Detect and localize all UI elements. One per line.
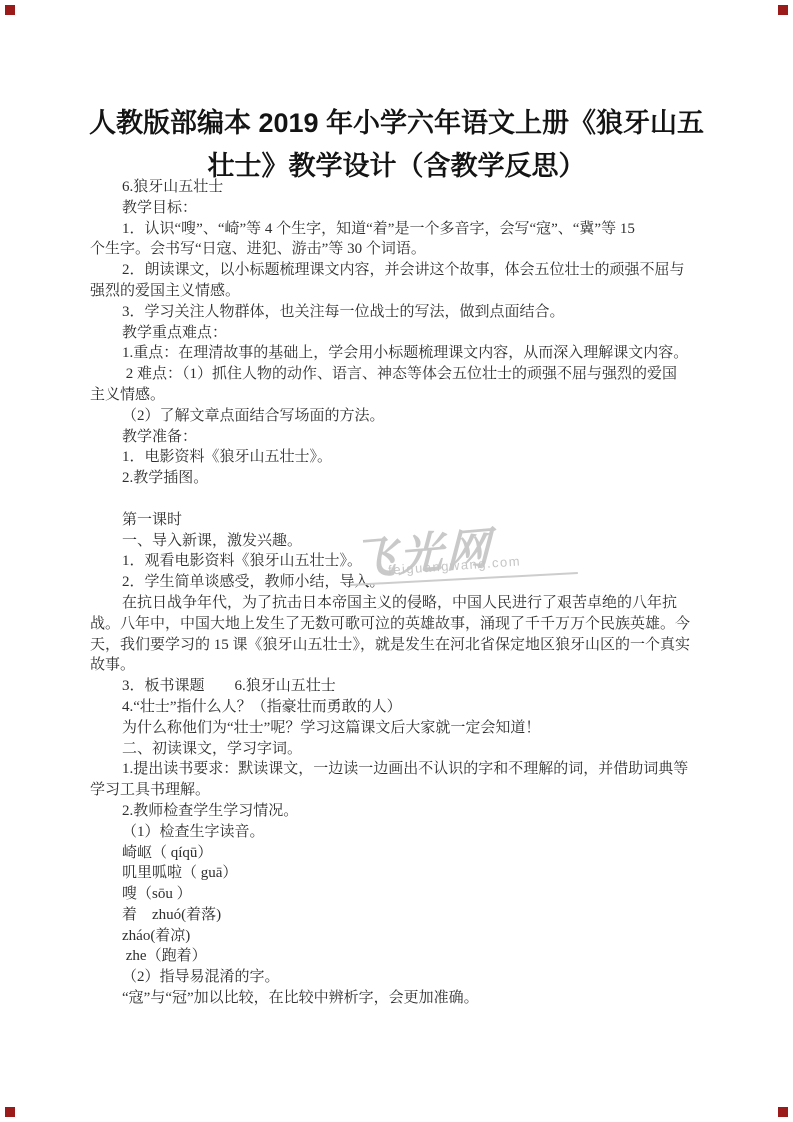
text-line: 4.“壮士”指什么人？（指豪壮而勇敢的人） <box>90 697 708 718</box>
text-line: 2．朗读课文，以小标题梳理课文内容，并会讲这个故事，体会五位壮士的顽强不屈与 <box>90 260 708 281</box>
text-line: 教学准备： <box>90 427 708 448</box>
text-line: 1．电影资料《狼牙山五壮士》。 <box>90 447 708 468</box>
text-line: 战。八年中，中国大地上发生了无数可歌可泣的英雄故事，涌现了千千万万个民族英雄。今 <box>90 614 708 635</box>
corner-mark-top-right <box>778 5 788 15</box>
text-line: 2．学生简单谈感受，教师小结，导入。 <box>90 572 708 593</box>
text-line: （1）检查生字读音。 <box>90 822 708 843</box>
text-line: “寇”与“冠”加以比较，在比较中辨析字，会更加准确。 <box>90 988 708 1009</box>
text-line: 天，我们要学习的 15 课《狼牙山五壮士》，就是发生在河北省保定地区狼牙山区的一… <box>90 635 708 656</box>
text-line: 个生字。会书写“日寇、进犯、游击”等 30 个词语。 <box>90 239 708 260</box>
text-line: 2.教师检查学生学习情况。 <box>90 801 708 822</box>
text-line: 学习工具书理解。 <box>90 780 708 801</box>
text-line: 嗖（sōu ） <box>90 884 708 905</box>
text-line: 为什么称他们为“壮士”呢？学习这篇课文后大家就一定会知道！ <box>90 718 708 739</box>
text-line: 教学重点难点： <box>90 323 708 344</box>
blank-line <box>90 489 708 510</box>
document-page: 人教版部编本 2019 年小学六年语文上册《狼牙山五 壮士》教学设计（含教学反思… <box>0 0 793 1122</box>
text-line: 二、初读课文，学习字词。 <box>90 739 708 760</box>
text-line: （2）指导易混淆的字。 <box>90 967 708 988</box>
corner-mark-bottom-right <box>778 1107 788 1117</box>
text-line: 一、导入新课，激发兴趣。 <box>90 531 708 552</box>
text-line: 崎岖（ qíqū） <box>90 843 708 864</box>
text-line: 1．认识“嗖”、“崎”等 4 个生字，知道“着”是一个多音字，会写“寇”、“冀”… <box>90 219 708 240</box>
text-line: 1.提出读书要求：默读课文，一边读一边画出不认识的字和不理解的词，并借助词典等 <box>90 759 708 780</box>
text-line: 6.狼牙山五壮士 <box>90 177 708 198</box>
text-line: 在抗日战争年代，为了抗击日本帝国主义的侵略，中国人民进行了艰苦卓绝的八年抗 <box>90 593 708 614</box>
text-line: （2）了解文章点面结合写场面的方法。 <box>90 406 708 427</box>
text-line: 故事。 <box>90 655 708 676</box>
text-line: 1．观看电影资料《狼牙山五壮士》。 <box>90 551 708 572</box>
text-line: 叽里呱啦（ guā） <box>90 863 708 884</box>
text-line: 第一课时 <box>90 510 708 531</box>
text-line: 3．板书课题 6.狼牙山五壮士 <box>90 676 708 697</box>
text-line: zháo(着凉) <box>90 926 708 947</box>
corner-mark-bottom-left <box>5 1107 15 1117</box>
text-line: 3．学习关注人物群体，也关注每一位战士的写法，做到点面结合。 <box>90 302 708 323</box>
text-line: 2 难点：（1）抓住人物的动作、语言、神态等体会五位壮士的顽强不屈与强烈的爱国 <box>90 364 708 385</box>
corner-mark-top-left <box>5 5 15 15</box>
text-line: zhe（跑着） <box>90 946 708 967</box>
text-line: 强烈的爱国主义情感。 <box>90 281 708 302</box>
text-line: 1.重点：在理清故事的基础上，学会用小标题梳理课文内容，从而深入理解课文内容。 <box>90 343 708 364</box>
text-line: 主义情感。 <box>90 385 708 406</box>
text-line: 教学目标： <box>90 198 708 219</box>
page-title-line-1: 人教版部编本 2019 年小学六年语文上册《狼牙山五 <box>0 101 793 140</box>
document-body: 6.狼牙山五壮士教学目标：1．认识“嗖”、“崎”等 4 个生字，知道“着”是一个… <box>90 177 708 1009</box>
text-line: 着 zhuó(着落) <box>90 905 708 926</box>
text-line: 2.教学插图。 <box>90 468 708 489</box>
